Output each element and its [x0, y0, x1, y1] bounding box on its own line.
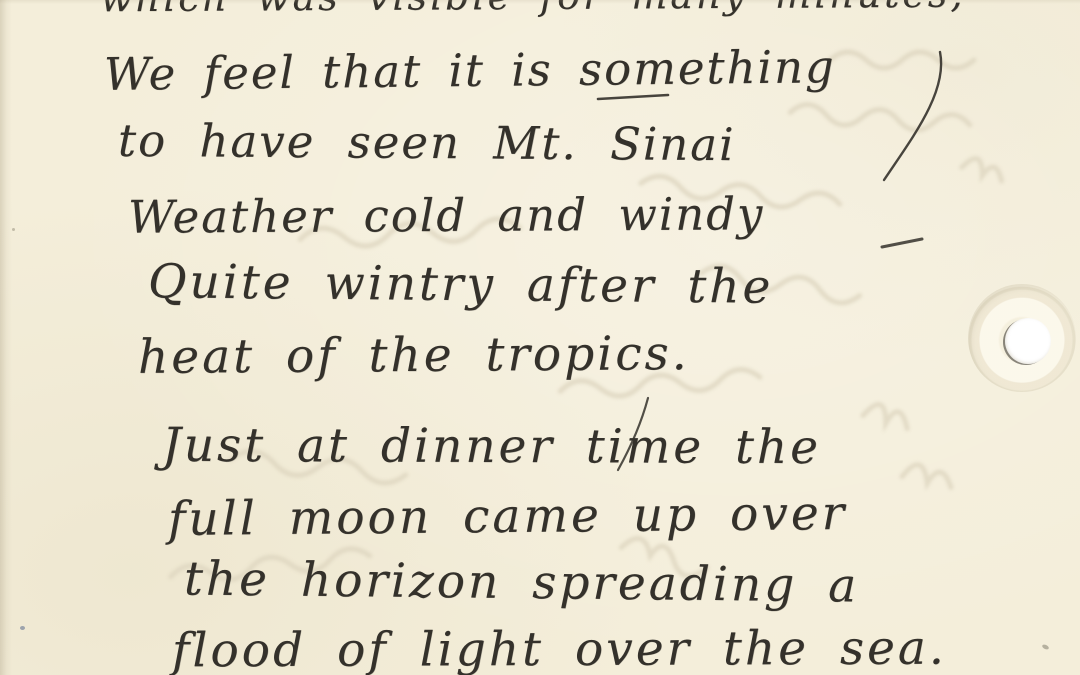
handwritten-line-10: flood of light over the sea.	[172, 621, 947, 675]
handwritten-line-2: We feel that it is something	[104, 40, 836, 101]
show-through-mark	[863, 401, 912, 428]
ink-underline	[598, 95, 668, 99]
ink-flourish	[884, 52, 941, 180]
show-through-mark	[902, 462, 954, 487]
handwritten-line-9: the horizon spreading a	[184, 551, 860, 613]
handwritten-line-8: full moon came up over	[168, 486, 848, 547]
paper-speck	[1041, 644, 1049, 651]
show-through-mark	[830, 52, 974, 68]
ink-flourish	[882, 239, 922, 247]
paper-left-edge-shadow	[0, 0, 12, 675]
handwritten-line-1: which was visible for many minutes,	[100, 0, 966, 20]
handwritten-line-3: to have seen Mt. Sinai	[118, 114, 736, 171]
show-through-mark	[961, 155, 1005, 181]
handwritten-line-5: Quite wintry after the	[148, 254, 774, 314]
handwritten-line-7: Just at dinner time the	[162, 418, 821, 475]
paper-speck	[12, 228, 15, 231]
punch-hole	[1005, 318, 1051, 364]
paper-speck	[20, 626, 25, 630]
handwritten-line-4: Weather cold and windy	[128, 187, 765, 243]
handwritten-line-6: heat of the tropics.	[138, 326, 690, 385]
letter-page: which was visible for many minutes, We f…	[0, 0, 1080, 675]
show-through-mark	[790, 103, 971, 134]
